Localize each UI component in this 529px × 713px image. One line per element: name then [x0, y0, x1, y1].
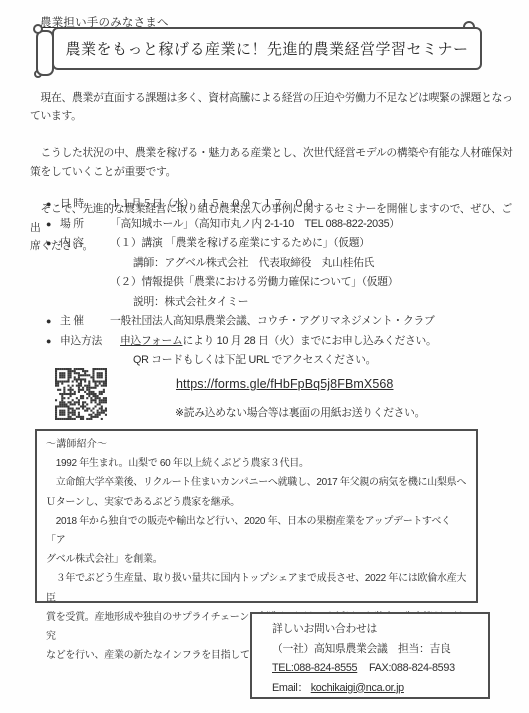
application-url-link[interactable]: https://forms.gle/fHbFpBq5j8FBmX568 — [176, 377, 393, 391]
bullet-icon: ● — [46, 234, 60, 254]
apply-deadline-text: により 10 月 28 日（火）までにお申し込みください。 — [182, 332, 436, 352]
apply-access-note: QR コードもしくは下記 URL でアクセスください。 — [133, 351, 376, 371]
profile-paragraph-3: 2018 年から独自での販売や輸出など行い、2020 年、日本の果樹産業をアップ… — [46, 512, 468, 570]
bullet-icon: ● — [46, 332, 60, 352]
detail-value-info: （２）情報提供「農業における労働力確保について」（仮題） — [110, 273, 398, 293]
detail-row-place: ● 場 所 「高知城ホール」（高知市丸ノ内 2-1-10 TEL 088-822… — [46, 215, 516, 235]
qr-code-icon — [55, 368, 107, 420]
contact-email-label: Email： — [272, 682, 308, 694]
detail-value-lecturer: 講師：アグベル株式会社 代表取締役 丸山桂佑氏 — [133, 254, 374, 274]
contact-organization: （一社）高知県農業会議 担当：吉良 — [272, 640, 478, 660]
flyer-page: 農業担い手のみなさまへ 農業をもっと稼げる産業に！先進的農業経営学習セミナー 現… — [0, 0, 529, 713]
contact-tel: TEL:088-824-8555 — [272, 662, 357, 674]
lecturer-profile-box: 〜講師紹介〜 1992 年生まれ。山梨で 60 年以上続くぶどう農家３代目。 立… — [35, 429, 478, 603]
detail-value-datetime: １１月５日（水） １５：００～１７：００ — [110, 195, 315, 215]
bullet-icon: ● — [46, 195, 60, 215]
contact-heading: 詳しいお問い合わせは — [272, 620, 478, 640]
bullet-icon: ● — [46, 215, 60, 235]
detail-row-organizer: ● 主 催 一般社団法人高知県農業会議、コウチ・アグリマネジメント・クラブ — [46, 312, 516, 332]
intro-paragraph-1: 現在、農業が直面する課題は多く、資材高騰による経営の圧迫や労働力不足などは喫緊の… — [30, 89, 516, 126]
detail-row-datetime: ● 日 時 １１月５日（水） １５：００～１７：００ — [46, 195, 516, 215]
detail-label: 主 催 — [60, 312, 110, 332]
contact-box: 詳しいお問い合わせは （一社）高知県農業会議 担当：吉良 TEL:088-824… — [250, 612, 490, 699]
detail-label: 場 所 — [60, 215, 110, 235]
profile-paragraph-1: 1992 年生まれ。山梨で 60 年以上続くぶどう農家３代目。 — [46, 454, 468, 473]
detail-value-explainer: 説明：株式会社タイミー — [133, 293, 248, 313]
detail-row-info: （２）情報提供「農業における労働力確保について」（仮題） — [46, 273, 516, 293]
detail-value-place: 「高知城ホール」（高知市丸ノ内 2-1-10 TEL 088-822-2035） — [110, 215, 400, 235]
contact-fax: FAX:088-824-8593 — [369, 662, 455, 674]
contact-email-link[interactable]: kochikaigi@nca.or.jp — [311, 682, 404, 694]
detail-label: 申込方法 — [60, 332, 120, 352]
apply-form-link[interactable]: 申込フォーム — [120, 332, 182, 352]
detail-row-apply-note: QR コードもしくは下記 URL でアクセスください。 — [46, 351, 516, 371]
contact-email-line: Email： kochikaigi@nca.or.jp — [272, 679, 478, 699]
detail-row-apply: ● 申込方法 申込フォーム により 10 月 28 日（火）までにお申し込みくだ… — [46, 332, 516, 352]
scroll-left-curl — [33, 24, 43, 34]
profile-box-title: 〜講師紹介〜 — [46, 435, 468, 454]
detail-value-lecture: （１）講演 「農業を稼げる産業にするために」（仮題） — [110, 234, 370, 254]
title-banner: 農業をもっと稼げる産業に！先進的農業経営学習セミナー — [52, 27, 482, 70]
contact-phone-line: TEL:088-824-8555 FAX:088-824-8593 — [272, 659, 478, 679]
detail-row-lecturer: 講師：アグベル株式会社 代表取締役 丸山桂佑氏 — [46, 254, 516, 274]
detail-row-contents: ● 内 容 （１）講演 「農業を稼げる産業にするために」（仮題） — [46, 234, 516, 254]
detail-value-organizer: 一般社団法人高知県農業会議、コウチ・アグリマネジメント・クラブ — [110, 312, 435, 332]
detail-row-explainer: 説明：株式会社タイミー — [46, 293, 516, 313]
detail-label: 日 時 — [60, 195, 110, 215]
detail-label: 内 容 — [60, 234, 110, 254]
qr-fallback-note: ※読み込めない場合等は裏面の用紙お送りください。 — [175, 405, 425, 420]
intro-paragraph-2: こうした状況の中、農業を稼げる・魅力ある産業とし、次世代経営モデルの構築や有能な… — [30, 144, 516, 181]
scroll-left-roll — [36, 30, 54, 76]
profile-paragraph-2: 立命館大学卒業後、リクルート住まいカンパニーへ就職し、2017 年父親の病気を機… — [46, 473, 468, 511]
seminar-details-list: ● 日 時 １１月５日（水） １５：００～１７：００ ● 場 所 「高知城ホール… — [46, 195, 516, 371]
bullet-icon: ● — [46, 312, 60, 332]
page-title: 農業をもっと稼げる産業に！先進的農業経営学習セミナー — [65, 38, 468, 59]
